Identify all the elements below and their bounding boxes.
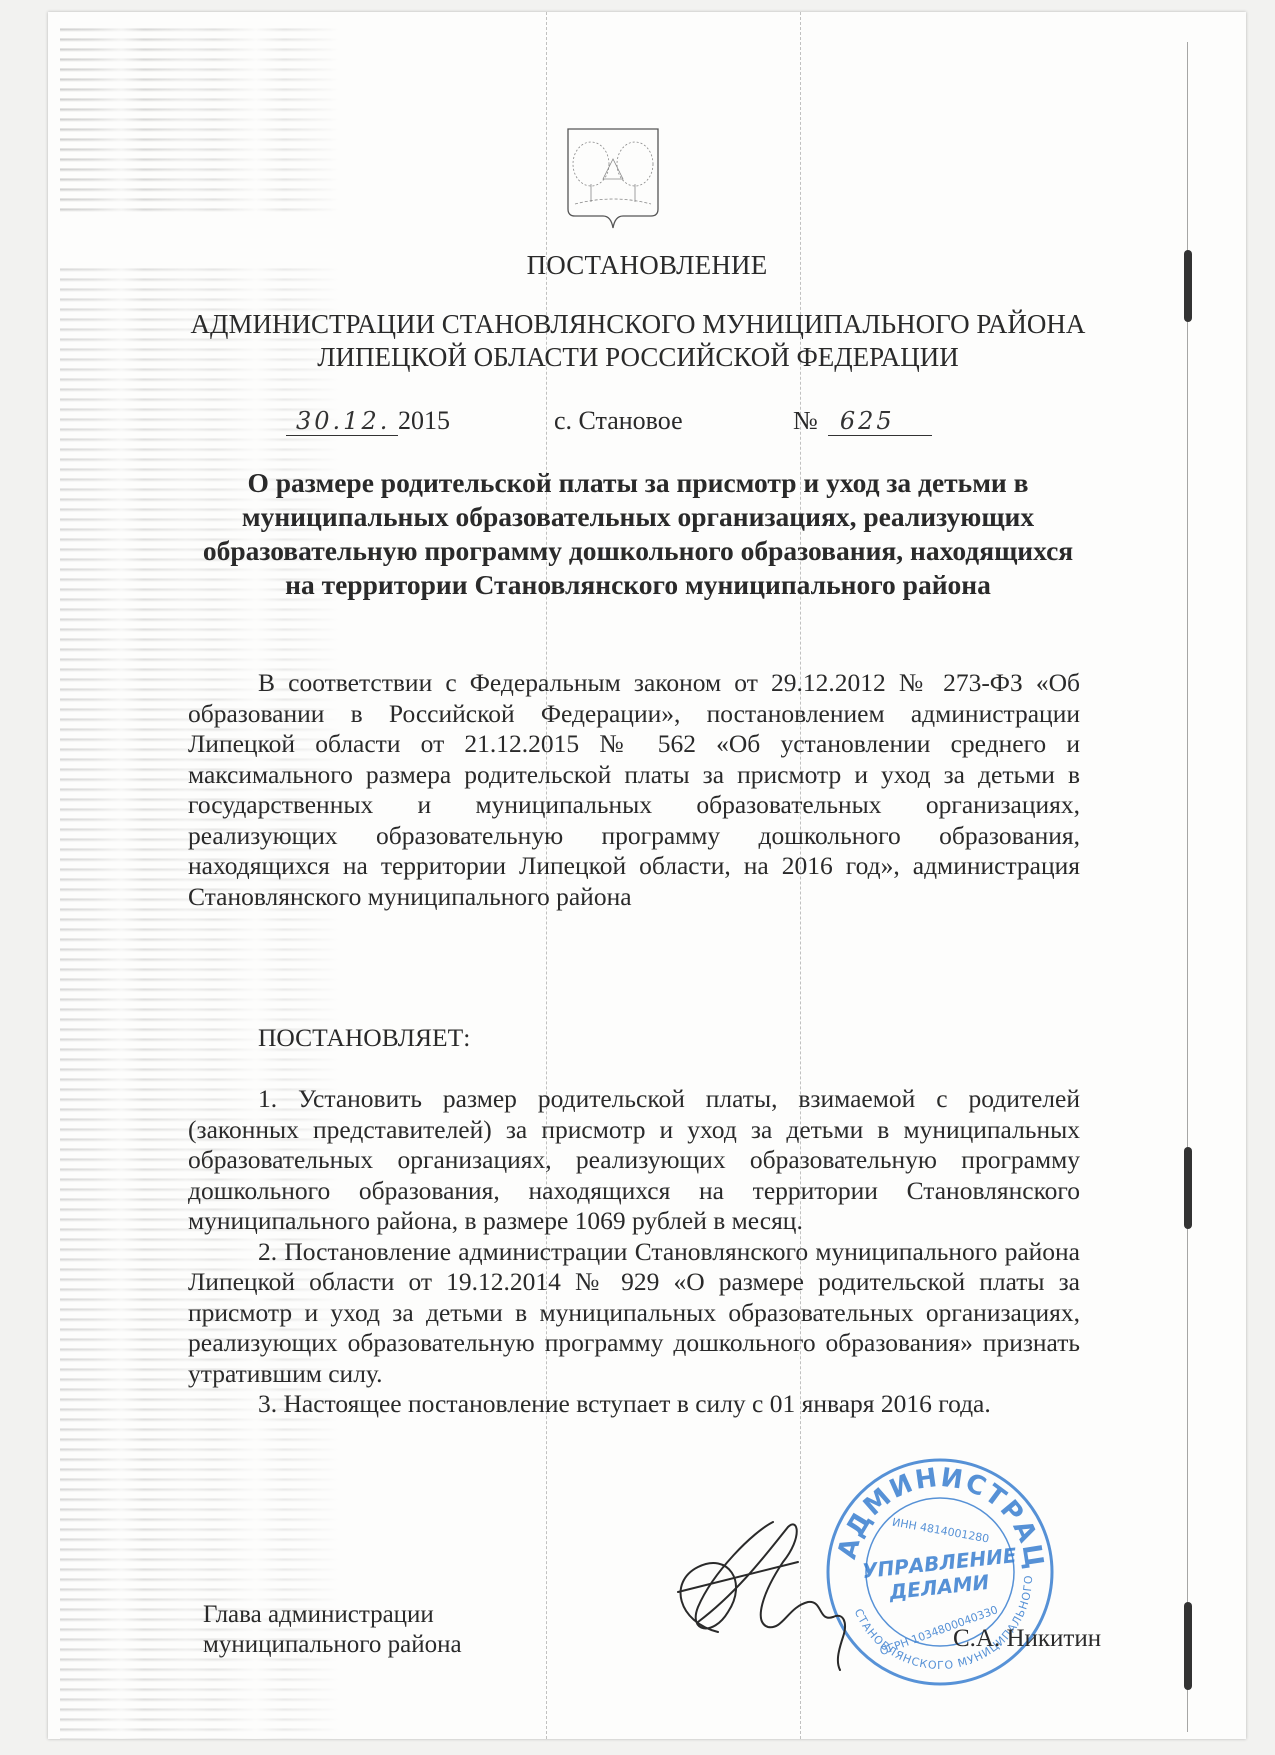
date-year: 2015 — [398, 406, 450, 435]
resolves-heading: ПОСТАНОВЛЯЕТ: — [258, 1023, 470, 1053]
document-type: ПОСТАНОВЛЕНИЕ — [48, 250, 1246, 281]
document-place: с. Становое — [554, 406, 683, 436]
handwritten-number: 625 — [828, 407, 932, 436]
document-number: №625 — [793, 406, 932, 436]
preamble: В соответствии с Федеральным законом от … — [188, 668, 1080, 912]
preamble-text: В соответствии с Федеральным законом от … — [188, 668, 1080, 912]
signatory-position-line: муниципального района — [203, 1630, 462, 1660]
svg-text:ИНН 4814001280: ИНН 4814001280 — [891, 1516, 990, 1546]
resolution-items: 1. Установить размер родительской платы,… — [188, 1084, 1080, 1420]
signatory-position-line: Глава администрации — [203, 1600, 462, 1630]
document-meta: 30.12.2015 с. Становое №625 — [48, 406, 1246, 442]
resolution-item-2: 2. Постановление администрации Становлян… — [188, 1237, 1080, 1390]
document-page: ПОСТАНОВЛЕНИЕ АДМИНИСТРАЦИИ СТАНОВЛЯНСКО… — [48, 12, 1246, 1739]
issuer-header: АДМИНИСТРАЦИИ СТАНОВЛЯНСКОГО МУНИЦИПАЛЬН… — [188, 308, 1088, 374]
issuer-line: АДМИНИСТРАЦИИ СТАНОВЛЯНСКОГО МУНИЦИПАЛЬН… — [188, 308, 1088, 341]
coat-of-arms-icon — [563, 124, 663, 234]
document-title: О размере родительской платы за присмотр… — [188, 466, 1088, 602]
resolution-item-3: 3. Настоящее постановление вступает в си… — [188, 1389, 1080, 1420]
number-sign: № — [793, 406, 818, 435]
resolution-item-1: 1. Установить размер родительской платы,… — [188, 1084, 1080, 1237]
issuer-line: ЛИПЕЦКОЙ ОБЛАСТИ РОССИЙСКОЙ ФЕДЕРАЦИИ — [188, 341, 1088, 374]
handwritten-signature — [658, 1512, 898, 1672]
document-date: 30.12.2015 — [286, 406, 450, 436]
signatory-position: Глава администрации муниципального район… — [203, 1600, 462, 1660]
handwritten-date: 30.12. — [286, 407, 398, 436]
signatory-name: С.А. Никитин — [953, 1625, 1101, 1653]
